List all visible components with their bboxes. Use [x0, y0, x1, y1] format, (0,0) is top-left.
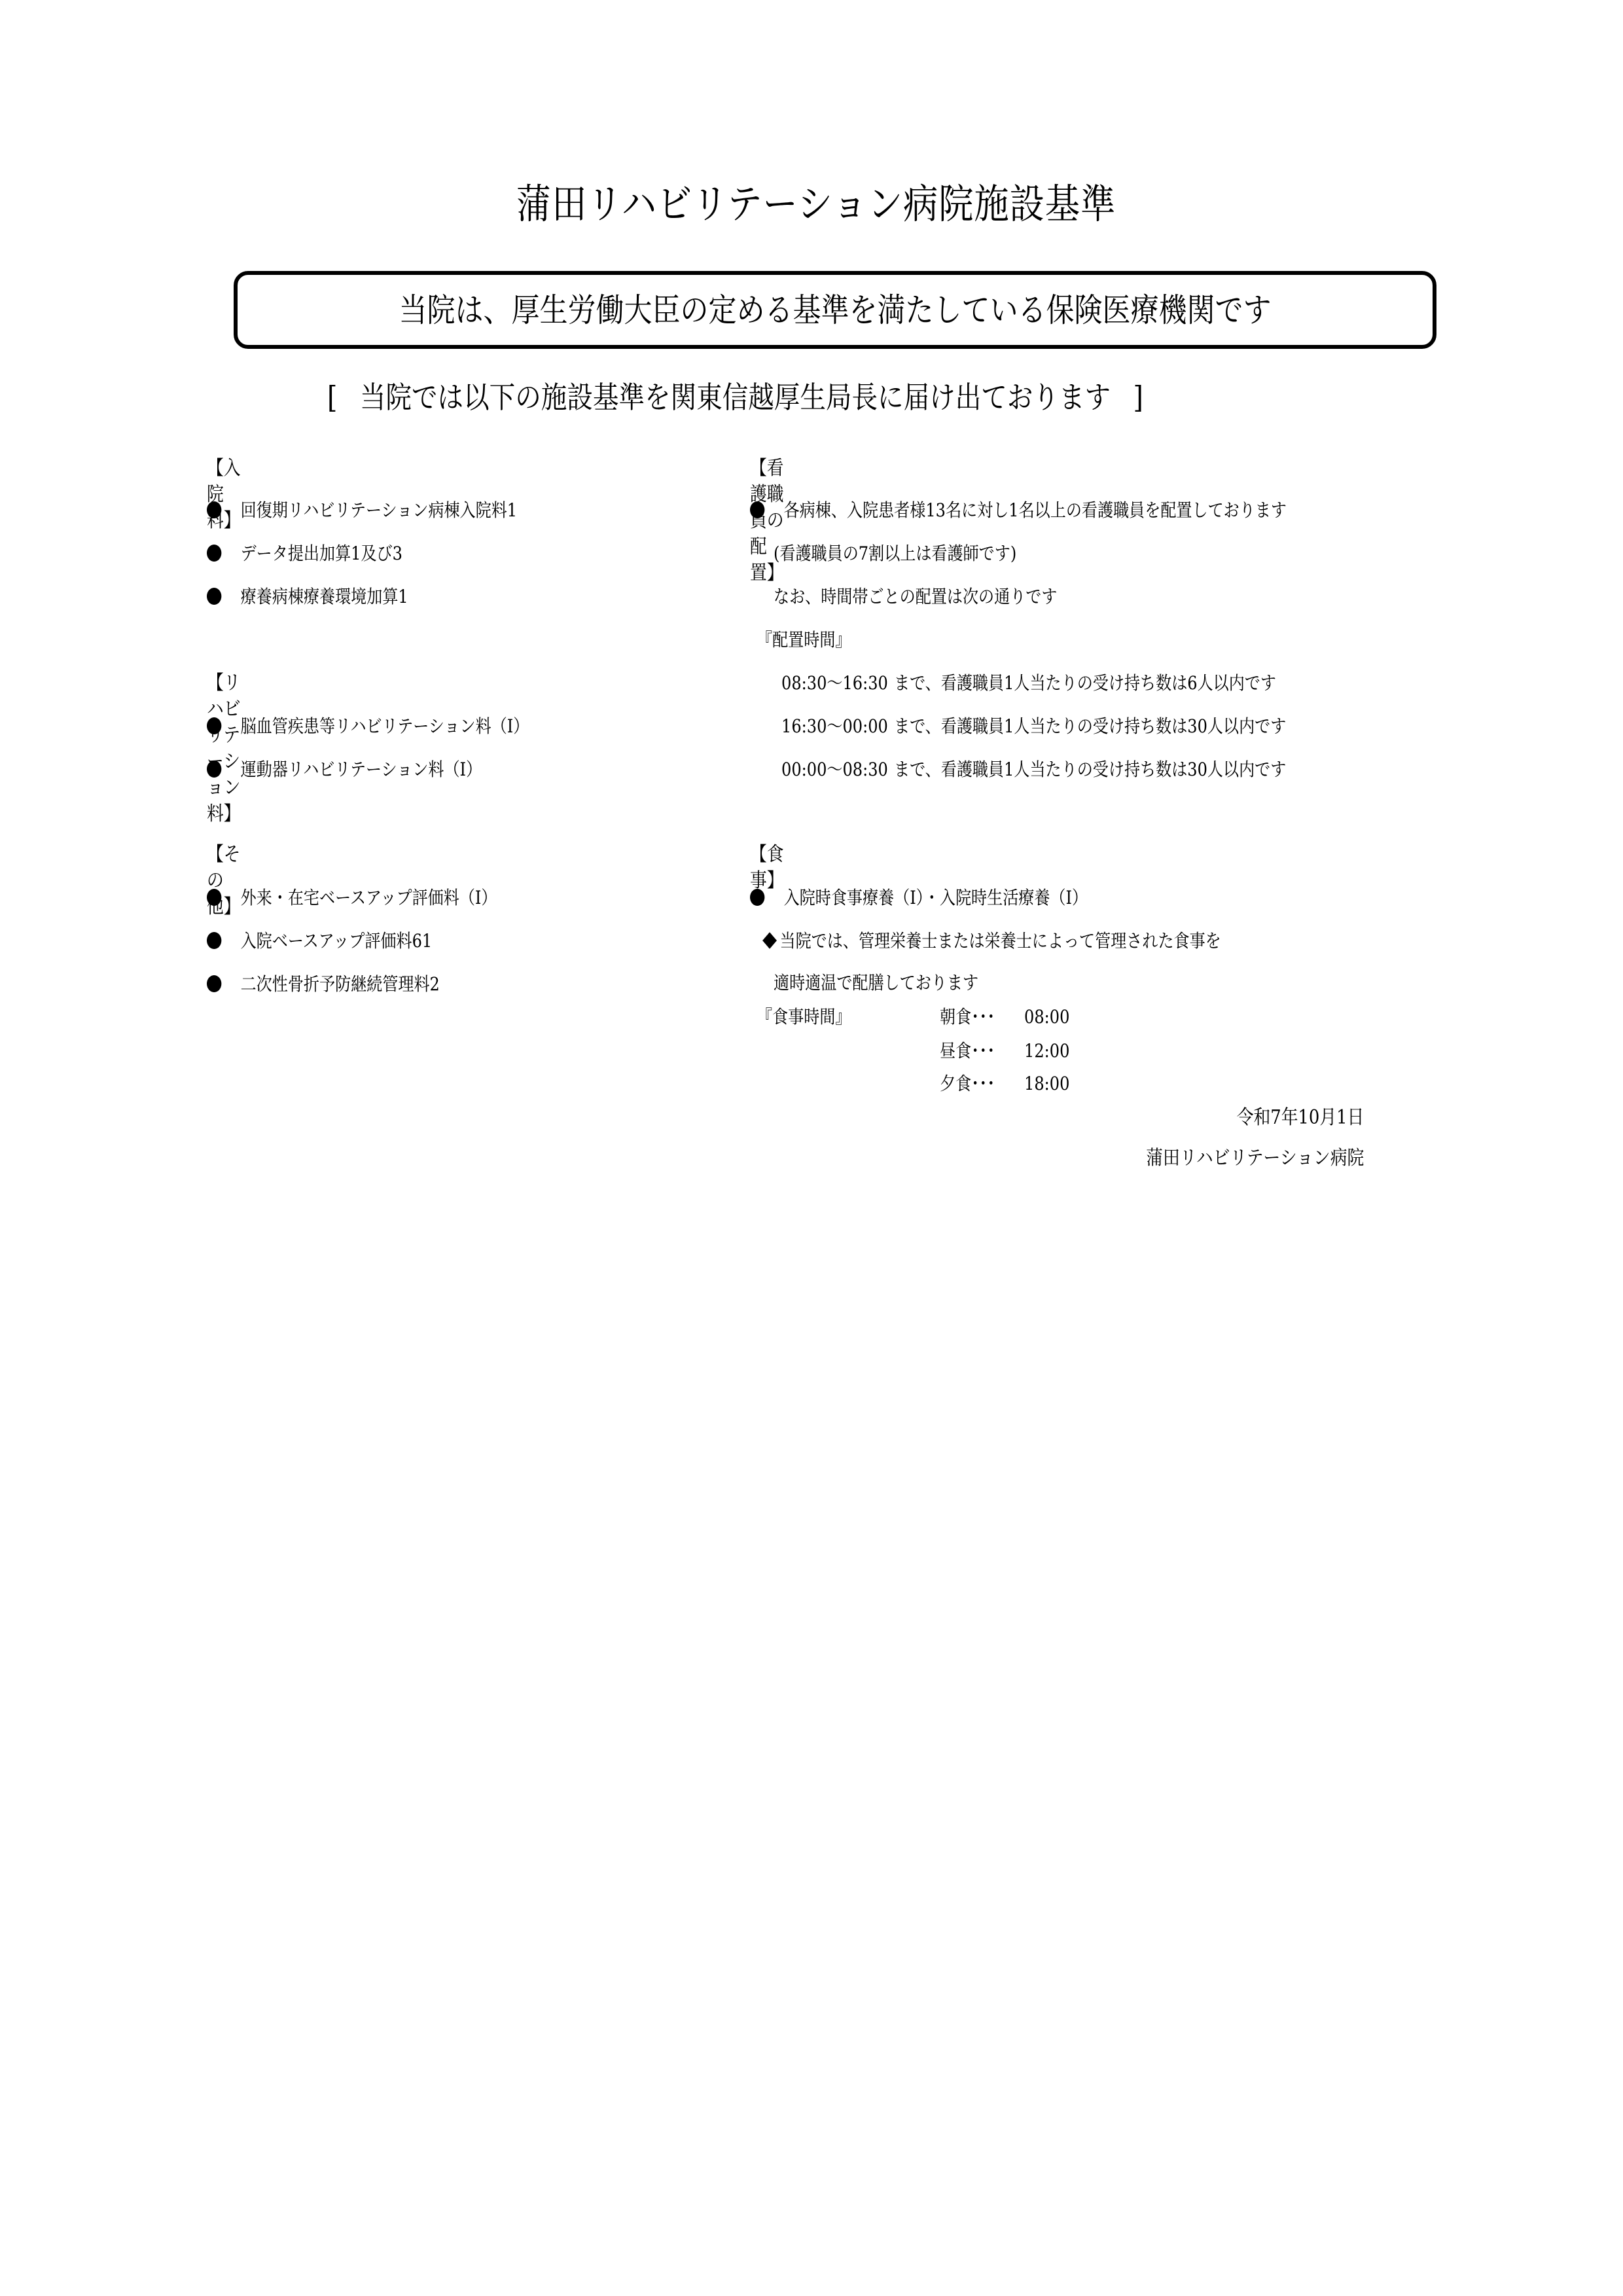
list-item: 療養病棟療養環境加算1	[207, 584, 408, 610]
bullet-icon	[207, 545, 221, 562]
bullet-icon	[207, 588, 221, 605]
schedule-time-range: 00:00～08:30	[781, 757, 894, 783]
meal-label: 朝食･･･	[940, 1004, 1024, 1030]
meals-bullet: 入院時食事療養（Ⅰ）・入院時生活療養（Ⅰ）	[750, 885, 1088, 911]
subheading: [当院では以下の施設基準を関東信越厚生局長に届け出ております]	[327, 374, 1143, 420]
meal-time-row: 夕食･･･18:00	[940, 1071, 1069, 1097]
bullet-icon	[207, 932, 221, 949]
bullet-icon	[207, 501, 221, 518]
meal-times-heading: 『食事時間』	[757, 1004, 851, 1030]
close-bracket: ]	[1133, 374, 1143, 420]
nursing-intro: なお、時間帯ごとの配置は次の通りです	[774, 584, 1057, 610]
bullet-icon	[207, 717, 221, 734]
list-item: 脳血管疾患等リハビリテーション料（Ⅰ）	[207, 713, 529, 740]
schedule-row: 08:30～16:30まで、看護職員1人当たりの受け持ち数は6人以内です	[781, 670, 1276, 696]
list-item: データ提出加算1及び3	[207, 541, 402, 567]
meal-label: 昼食･･･	[940, 1038, 1024, 1064]
issuer-name: 蒲田リハビリテーション病院	[1146, 1145, 1364, 1172]
meal-time-row: 朝食･･･08:00	[940, 1004, 1069, 1030]
subheading-text: 当院では以下の施設基準を関東信越厚生局長に届け出ております	[360, 380, 1111, 415]
bullet-icon	[207, 761, 221, 778]
list-item: 運動器リハビリテーション料（Ⅰ）	[207, 757, 482, 783]
page-title: 蒲田リハビリテーション病院施設基準	[118, 178, 1514, 230]
issue-date: 令和7年10月1日	[1236, 1105, 1364, 1131]
schedule-heading: 『配置時間』	[757, 627, 851, 653]
meals-note-line2: 適時適温で配膳しております	[774, 970, 978, 996]
schedule-row: 00:00～08:30まで、看護職員1人当たりの受け持ち数は30人以内です	[781, 757, 1286, 783]
schedule-time-range: 08:30～16:30	[781, 670, 894, 696]
diamond-icon	[762, 932, 777, 948]
bullet-icon	[750, 501, 764, 518]
bullet-icon	[207, 889, 221, 906]
list-item: 外来・在宅ベースアップ評価料（Ⅰ）	[207, 885, 497, 911]
list-item: 二次性骨折予防継続管理料2	[207, 971, 440, 997]
section-heading-rehabilitation: 【リハビリテーション料】	[207, 670, 241, 827]
nursing-note: (看護職員の7割以上は看護師です)	[774, 541, 1016, 567]
meal-time: 18:00	[1024, 1073, 1069, 1094]
meal-label: 夕食･･･	[940, 1071, 1024, 1097]
open-bracket: [	[327, 374, 337, 420]
schedule-text: まで、看護職員1人当たりの受け持ち数は30人以内です	[894, 715, 1286, 737]
meal-time-row: 昼食･･･12:00	[940, 1038, 1069, 1064]
bullet-icon	[750, 889, 764, 906]
bullet-icon	[207, 975, 221, 992]
schedule-text: まで、看護職員1人当たりの受け持ち数は30人以内です	[894, 759, 1286, 780]
schedule-time-range: 16:30～00:00	[781, 713, 894, 740]
schedule-row: 16:30～00:00まで、看護職員1人当たりの受け持ち数は30人以内です	[781, 713, 1286, 740]
schedule-text: まで、看護職員1人当たりの受け持ち数は6人以内です	[894, 672, 1276, 694]
list-item: 入院ベースアップ評価料61	[207, 928, 432, 954]
notice-box: 当院は、厚生労働大臣の定める基準を満たしている保険医療機関です	[234, 271, 1436, 349]
notice-text: 当院は、厚生労働大臣の定める基準を満たしている保険医療機関です	[321, 284, 1349, 336]
nursing-bullet: 各病棟、入院患者様13名に対し1名以上の看護職員を配置しております	[750, 497, 1287, 524]
meals-note: 当院では、管理栄養士または栄養士によって管理された食事を	[762, 928, 1221, 954]
meal-time: 12:00	[1024, 1040, 1069, 1062]
list-item: 回復期リハビリテーション病棟入院料1	[207, 497, 517, 524]
meal-time: 08:00	[1024, 1006, 1069, 1028]
